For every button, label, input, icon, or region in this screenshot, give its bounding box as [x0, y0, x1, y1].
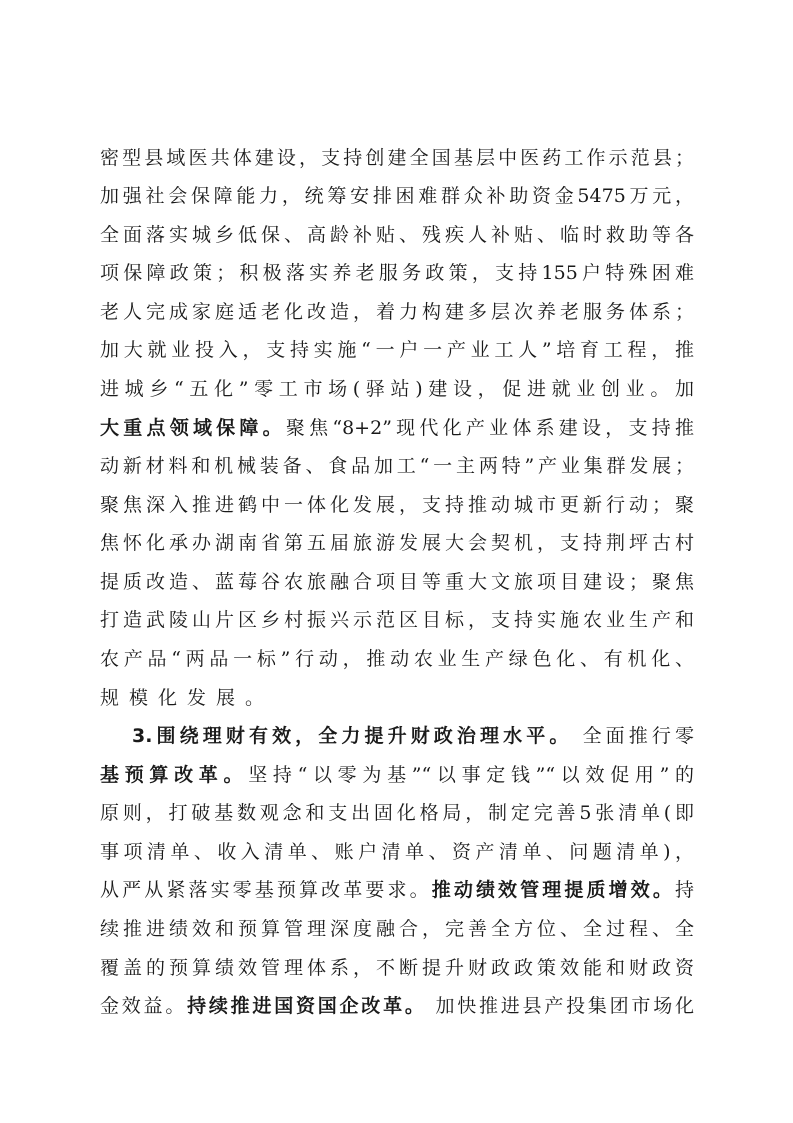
- text-line: 聚焦深入推进鹤中一体化发展，支持推动城市更新行动；聚: [100, 486, 694, 524]
- bold-phrase: 推动绩效管理提质增效。: [432, 879, 675, 901]
- line-text: 原则，打破基数观念和支出固化格局，制定完善5张清单(即: [100, 802, 694, 824]
- line-text: 密型县域医共体建设，支持创建全国基层中医药工作示范县；: [100, 147, 694, 169]
- text-line: 加大就业投入，支持实施“一户一产业工人”培育工程，推: [100, 331, 694, 369]
- line-text: 进城乡“五化”零工市场(驿站)建设，促进就业创业。加: [100, 378, 694, 400]
- line-text: 聚焦深入推进鹤中一体化发展，支持推动城市更新行动；聚: [100, 494, 694, 516]
- line-text: 提质改造、蓝莓谷农旅融合项目等重大文旅项目建设；聚焦: [100, 571, 694, 593]
- line-text: 从严从紧落实零基预算改革要求。: [100, 879, 432, 901]
- text-line: 金效益。持续推进国资国企改革。 加快推进县产投集团市场化: [100, 987, 694, 1025]
- text-line: 全面落实城乡低保、高龄补贴、残疾人补贴、临时救助等各: [100, 216, 694, 254]
- line-text: 加快推进县产投集团市场化: [427, 995, 694, 1017]
- line-text: 金效益。: [100, 995, 187, 1017]
- line-text: 加大就业投入，支持实施“一户一产业工人”培育工程，推: [100, 339, 694, 361]
- bold-phrase: 大重点领域保障。: [100, 417, 286, 439]
- text-line: 密型县域医共体建设，支持创建全国基层中医药工作示范县；: [100, 139, 694, 177]
- line-text: 打造武陵山片区乡村振兴示范区目标，支持实施农业生产和: [100, 609, 694, 631]
- line-text: 续推进绩效和预算管理深度融合，完善全方位、全过程、全: [100, 918, 694, 940]
- bold-phrase: 基预算改革。: [100, 764, 248, 786]
- line-text: 老人完成家庭适老化改造，着力构建多层次养老服务体系；: [100, 301, 694, 323]
- text-line: 动新材料和机械装备、食品加工“一主两特”产业集群发展；: [100, 447, 694, 485]
- line-text: 项保障政策；积极落实养老服务政策，支持155户特殊困难: [100, 262, 694, 284]
- line-text: 动新材料和机械装备、食品加工“一主两特”产业集群发展；: [100, 455, 694, 477]
- text-line: 大重点领域保障。聚焦“8+2”现代化产业体系建设，支持推: [100, 409, 694, 447]
- bold-phrase: 持续推进国资国企改革。: [187, 995, 427, 1017]
- line-text: 规模化发展。: [100, 687, 274, 709]
- text-line: 进城乡“五化”零工市场(驿站)建设，促进就业创业。加: [100, 370, 694, 408]
- line-text: 事项清单、收入清单、账户清单、资产清单、问题清单)，: [100, 841, 694, 863]
- line-text: 全面落实城乡低保、高龄补贴、残疾人补贴、临时救助等各: [100, 224, 694, 246]
- line-text: 焦怀化承办湖南省第五届旅游发展大会契机，支持荆坪古村: [100, 532, 694, 554]
- section-heading-line: 3.围绕理财有效，全力提升财政治理水平。 全面推行零: [132, 717, 694, 755]
- text-line: 项保障政策；积极落实养老服务政策，支持155户特殊困难: [100, 254, 694, 292]
- text-line: 老人完成家庭适老化改造，着力构建多层次养老服务体系；: [100, 293, 694, 331]
- text-line: 规模化发展。: [100, 679, 694, 717]
- line-text: 加强社会保障能力，统筹安排困难群众补助资金5475万元，: [100, 185, 694, 207]
- text-line: 提质改造、蓝莓谷农旅融合项目等重大文旅项目建设；聚焦: [100, 563, 694, 601]
- line-text: 农产品“两品一标”行动，推动农业生产绿色化、有机化、: [100, 648, 694, 670]
- text-line: 打造武陵山片区乡村振兴示范区目标，支持实施农业生产和: [100, 601, 694, 639]
- line-text: 聚焦“8+2”现代化产业体系建设，支持推: [286, 417, 694, 439]
- section-heading: 3.围绕理财有效，全力提升财政治理水平。: [132, 725, 572, 747]
- text-line: 从严从紧落实零基预算改革要求。推动绩效管理提质增效。持: [100, 871, 694, 909]
- text-line: 续推进绩效和预算管理深度融合，完善全方位、全过程、全: [100, 910, 694, 948]
- text-line: 焦怀化承办湖南省第五届旅游发展大会契机，支持荆坪古村: [100, 524, 694, 562]
- text-line: 事项清单、收入清单、账户清单、资产清单、问题清单)，: [100, 833, 694, 871]
- line-text: 持: [675, 879, 694, 901]
- text-line: 覆盖的预算绩效管理体系，不断提升财政政策效能和财政资: [100, 949, 694, 987]
- line-text: 坚持“以零为基”“以事定钱”“以效促用”的: [248, 764, 694, 786]
- text-line: 基预算改革。坚持“以零为基”“以事定钱”“以效促用”的: [100, 756, 694, 794]
- document-page: 密型县域医共体建设，支持创建全国基层中医药工作示范县； 加强社会保障能力，统筹安…: [0, 0, 793, 1123]
- text-line: 原则，打破基数观念和支出固化格局，制定完善5张清单(即: [100, 794, 694, 832]
- line-text: 覆盖的预算绩效管理体系，不断提升财政政策效能和财政资: [100, 957, 694, 979]
- text-line: 加强社会保障能力，统筹安排困难群众补助资金5475万元，: [100, 177, 694, 215]
- line-text: 全面推行零: [572, 725, 694, 747]
- text-line: 农产品“两品一标”行动，推动农业生产绿色化、有机化、: [100, 640, 694, 678]
